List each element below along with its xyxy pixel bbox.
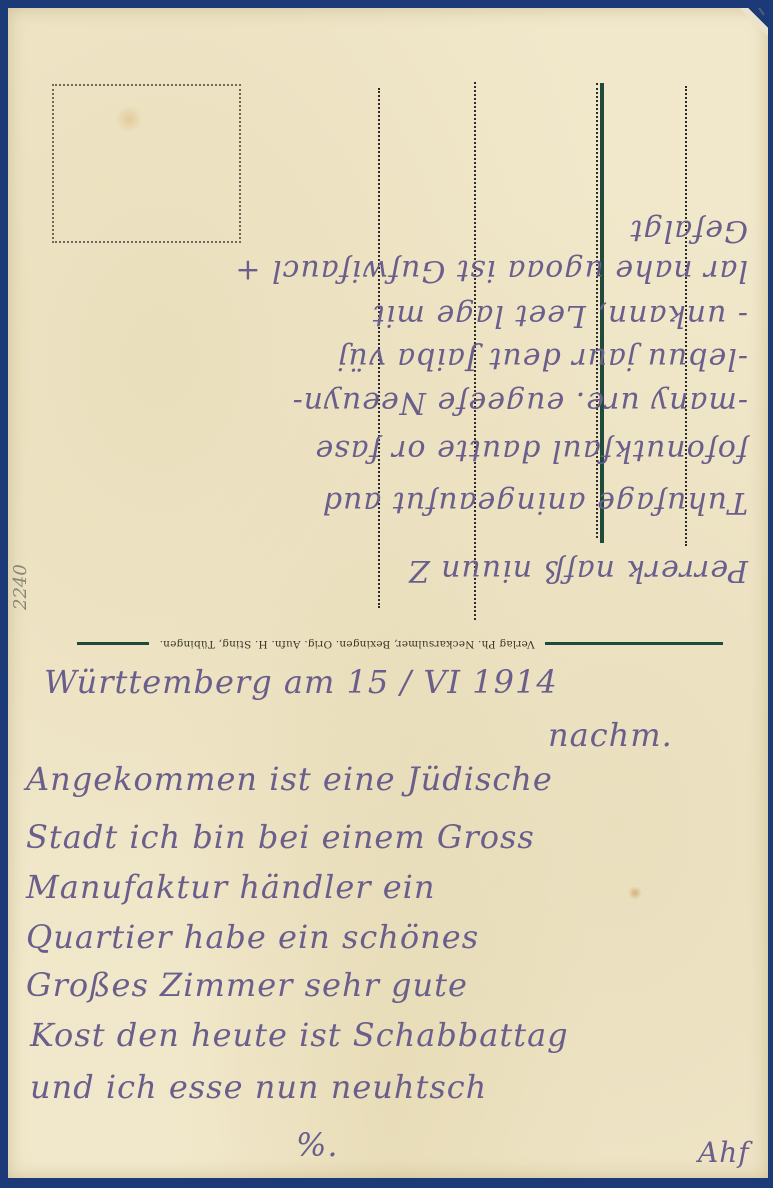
handwritten-line: -lebuu jaur deut Jaiba vüj [337, 341, 748, 376]
handwritten-line: lar nahe ugoaa ist Gufwifaucl + [234, 253, 748, 288]
handwritten-line: - unkann, Leet lage mit [372, 298, 748, 333]
handwritten-line: Manufaktur händler ein [26, 868, 436, 906]
handwritten-line: Quartier habe ein schönes [26, 918, 479, 956]
postcard: Gefalgt lar nahe ugoaa ist Gufwifaucl + … [8, 8, 768, 1178]
handwritten-mark: %. [296, 1126, 339, 1164]
stain [628, 886, 642, 900]
signature: Ahf [698, 1136, 750, 1169]
publisher-imprint: Verlag Ph. Neckarsulmer, Bexingen. Orig.… [50, 635, 750, 653]
imprint-rule [545, 643, 723, 646]
handwritten-line: fofonutkfaul dautte or fase [314, 433, 748, 468]
handwritten-line: Tuhufage aningeaufut aud [322, 485, 748, 520]
handwritten-line: Kost den heute ist Schabbattag [30, 1016, 569, 1054]
handwritten-line: -many ure. eugeefe Neeuyn- [292, 385, 748, 420]
imprint-rule [77, 643, 149, 646]
handwritten-line: nachm. [548, 716, 673, 754]
handwritten-line: Großes Zimmer sehr gute [26, 966, 468, 1004]
handwritten-line: Perrerk nafß niuun Z [408, 553, 748, 588]
upside-down-message: Gefalgt lar nahe ugoaa ist Gufwifaucl + … [8, 8, 768, 628]
handwritten-line: Angekommen ist eine Jüdische [26, 760, 553, 798]
place-date-line: Württemberg am 15 / VI 1914 [44, 663, 558, 701]
handwritten-line: Gefalgt [629, 213, 748, 248]
imprint-text: Verlag Ph. Neckarsulmer, Bexingen. Orig.… [159, 638, 534, 650]
handwritten-line: Stadt ich bin bei einem Gross [26, 818, 535, 856]
handwritten-line: und ich esse nun neuhtsch [30, 1068, 487, 1106]
catalog-number: 2240 [10, 564, 31, 610]
